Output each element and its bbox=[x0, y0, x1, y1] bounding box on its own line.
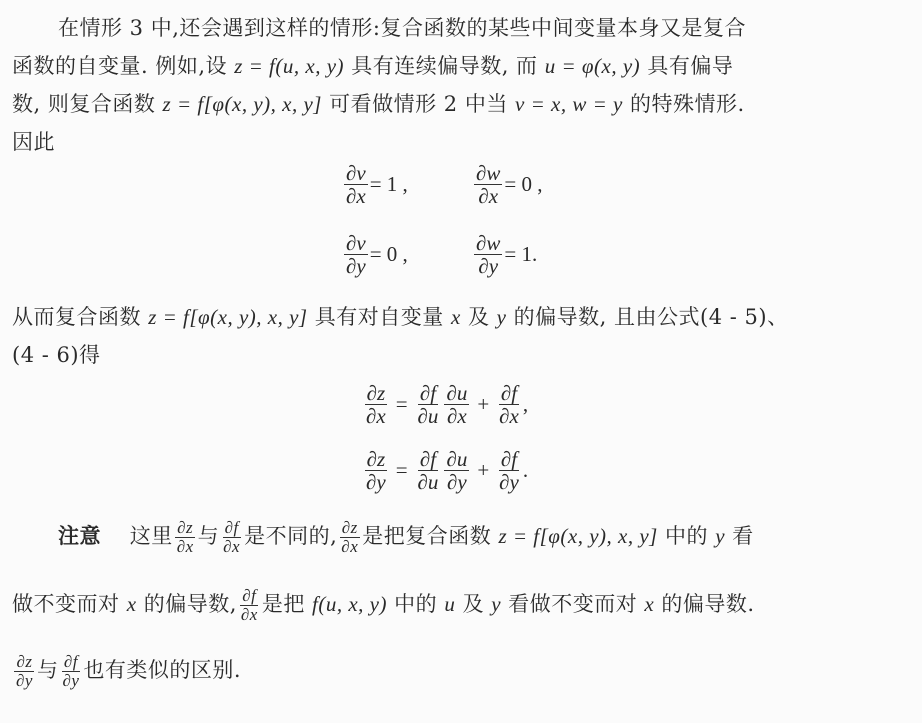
equation-rhs: = 1. bbox=[504, 242, 537, 267]
text: 是把复合函数 bbox=[362, 524, 498, 548]
text: 函数的自变量. 例如,设 bbox=[12, 54, 234, 78]
math-expression: y bbox=[497, 305, 507, 329]
fraction: ∂u∂x bbox=[444, 382, 469, 427]
text: 具有对自变量 bbox=[308, 305, 451, 329]
text: 可看做情形 2 中当 bbox=[322, 92, 515, 116]
equation-dv-dx: ∂v∂x = 1 , bbox=[342, 162, 408, 207]
text: 与 bbox=[198, 524, 220, 548]
text: 及 bbox=[455, 592, 491, 616]
punctuation: . bbox=[523, 458, 528, 483]
equation-dw-dx: ∂w∂x = 0 , bbox=[472, 162, 542, 207]
math-expression: z = f[φ(x, y), x, y] bbox=[498, 524, 657, 548]
equation-rhs: = 0 , bbox=[504, 172, 542, 197]
fraction: ∂f∂y bbox=[60, 653, 81, 690]
equation-dz-dx: ∂z∂x = ∂f∂u ∂u∂x + ∂f∂x , bbox=[362, 382, 528, 427]
paragraph-1-line-3: 数, 则复合函数 z = f[φ(x, y), x, y] 可看做情形 2 中当… bbox=[12, 90, 745, 118]
note-line-3: ∂z∂y与∂f∂y也有类似的区别. bbox=[12, 648, 241, 692]
text: 的偏导数, 且由公式(4 - 5)、 bbox=[506, 305, 788, 329]
math-expression: y bbox=[491, 592, 501, 616]
note-line-1: 注意 这里∂z∂x与∂f∂x是不同的,∂z∂x是把复合函数 z = f[φ(x,… bbox=[58, 514, 754, 558]
fraction: ∂f∂u bbox=[416, 382, 441, 427]
math-expression: z = f[φ(x, y), x, y] bbox=[163, 92, 322, 116]
text: 也有类似的区别. bbox=[83, 658, 241, 682]
fraction: ∂f∂x bbox=[239, 587, 260, 624]
equation-dw-dy: ∂w∂y = 1. bbox=[472, 232, 537, 277]
text: 看 bbox=[725, 524, 754, 548]
text: 及 bbox=[461, 305, 497, 329]
fraction: ∂v∂x bbox=[344, 162, 368, 207]
math-expression: u bbox=[444, 592, 455, 616]
math-expression: x bbox=[644, 592, 654, 616]
math-expression: v = x, w = y bbox=[515, 92, 623, 116]
text: 做不变而对 bbox=[12, 592, 127, 616]
text: 的偏导数. bbox=[654, 592, 754, 616]
paragraph-2-line-1: 从而复合函数 z = f[φ(x, y), x, y] 具有对自变量 x 及 y… bbox=[12, 303, 789, 331]
fraction: ∂v∂y bbox=[344, 232, 368, 277]
fraction: ∂f∂y bbox=[497, 448, 521, 493]
paragraph-1-line-4: 因此 bbox=[12, 128, 55, 156]
text: 数, 则复合函数 bbox=[12, 92, 163, 116]
text: 从而复合函数 bbox=[12, 305, 148, 329]
paragraph-1-line-2: 函数的自变量. 例如,设 z = f(u, x, y) 具有连续偏导数, 而 u… bbox=[12, 52, 733, 80]
text: 看做不变而对 bbox=[501, 592, 644, 616]
math-expression: x bbox=[127, 592, 137, 616]
fraction: ∂f∂x bbox=[221, 519, 242, 556]
fraction: ∂z∂x bbox=[339, 519, 360, 556]
math-expression: z = f(u, x, y) bbox=[234, 54, 344, 78]
math-expression: y bbox=[715, 524, 725, 548]
text: 具有偏导 bbox=[640, 54, 733, 78]
paragraph-1-line-1: 在情形 3 中,还会遇到这样的情形:复合函数的某些中间变量本身又是复合 bbox=[58, 14, 746, 42]
text: 这里 bbox=[130, 524, 173, 548]
equation-rhs: = 1 , bbox=[370, 172, 408, 197]
fraction: ∂z∂x bbox=[175, 519, 196, 556]
math-expression: u = φ(x, y) bbox=[545, 54, 640, 78]
equation-dz-dy: ∂z∂y = ∂f∂u ∂u∂y + ∂f∂y . bbox=[362, 448, 528, 493]
fraction: ∂f∂u bbox=[416, 448, 441, 493]
fraction: ∂w∂x bbox=[474, 162, 502, 207]
equals-sign: = bbox=[396, 392, 408, 417]
math-expression: x bbox=[451, 305, 461, 329]
text: 中的 bbox=[387, 592, 444, 616]
paragraph-2-line-2: (4 - 6)得 bbox=[12, 341, 101, 369]
note-line-2: 做不变而对 x 的偏导数,∂f∂x是把 f(u, x, y) 中的 u 及 y … bbox=[12, 582, 755, 626]
fraction: ∂z∂x bbox=[364, 382, 388, 427]
equation-rhs: = 0 , bbox=[370, 242, 408, 267]
fraction: ∂z∂y bbox=[14, 653, 35, 690]
text: 中的 bbox=[658, 524, 715, 548]
fraction: ∂w∂y bbox=[474, 232, 502, 277]
text: 的偏导数, bbox=[137, 592, 237, 616]
note-label: 注意 bbox=[58, 523, 101, 548]
fraction: ∂z∂y bbox=[364, 448, 388, 493]
text: 与 bbox=[37, 658, 59, 682]
math-expression: f(u, x, y) bbox=[312, 592, 387, 616]
text: 是不同的, bbox=[244, 524, 337, 548]
math-expression: z = f[φ(x, y), x, y] bbox=[148, 305, 307, 329]
punctuation: , bbox=[523, 392, 528, 417]
text: 具有连续偏导数, 而 bbox=[344, 54, 545, 78]
plus-sign: + bbox=[477, 392, 489, 417]
fraction: ∂u∂y bbox=[444, 448, 469, 493]
text: 的特殊情形. bbox=[623, 92, 745, 116]
plus-sign: + bbox=[477, 458, 489, 483]
equation-dv-dy: ∂v∂y = 0 , bbox=[342, 232, 408, 277]
fraction: ∂f∂x bbox=[497, 382, 521, 427]
text: 是把 bbox=[262, 592, 312, 616]
equals-sign: = bbox=[396, 458, 408, 483]
